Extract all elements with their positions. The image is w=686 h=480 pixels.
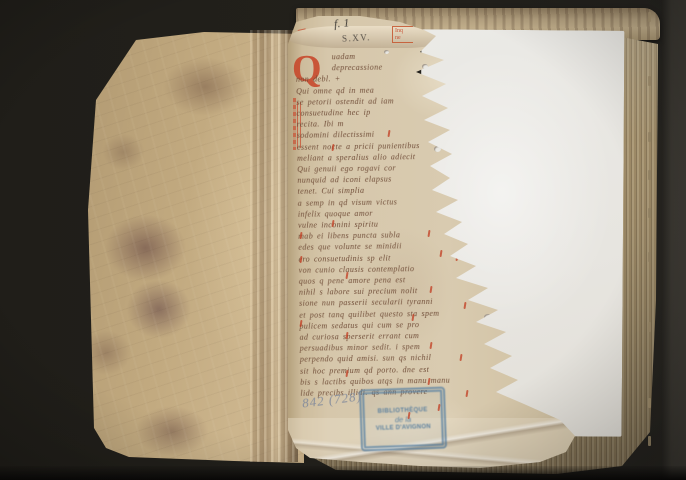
parchment-hole: [384, 50, 389, 54]
folio-number: f. 1: [333, 15, 350, 31]
stitch-mark: [648, 252, 651, 262]
stitch-mark: [648, 436, 651, 446]
background-right-band: [662, 0, 686, 480]
stitch-mark: [648, 322, 651, 332]
stitch-mark: [648, 170, 651, 180]
red-corner-label-line2: ne: [395, 35, 411, 42]
stitch-mark: [648, 132, 651, 142]
stitch-mark: [648, 398, 651, 408]
red-corner-label: Inq ne: [392, 26, 413, 43]
manuscript-photo: f. 1 S.XV. Inq ne Q uadamdeprecassioneno…: [0, 0, 686, 480]
library-stamp-line3: VILLE D'AVIGNON: [376, 424, 431, 432]
stitch-mark: [648, 12, 651, 22]
date-note: S.XV.: [342, 32, 371, 43]
bottom-shadow: [0, 466, 686, 480]
library-stamp: BIBLIOTHÈQUE de la VILLE D'AVIGNON: [359, 387, 447, 452]
stitch-mark: [648, 208, 651, 218]
stitch-mark: [648, 76, 651, 86]
library-stamp-line1: BIBLIOTHÈQUE: [378, 407, 428, 415]
